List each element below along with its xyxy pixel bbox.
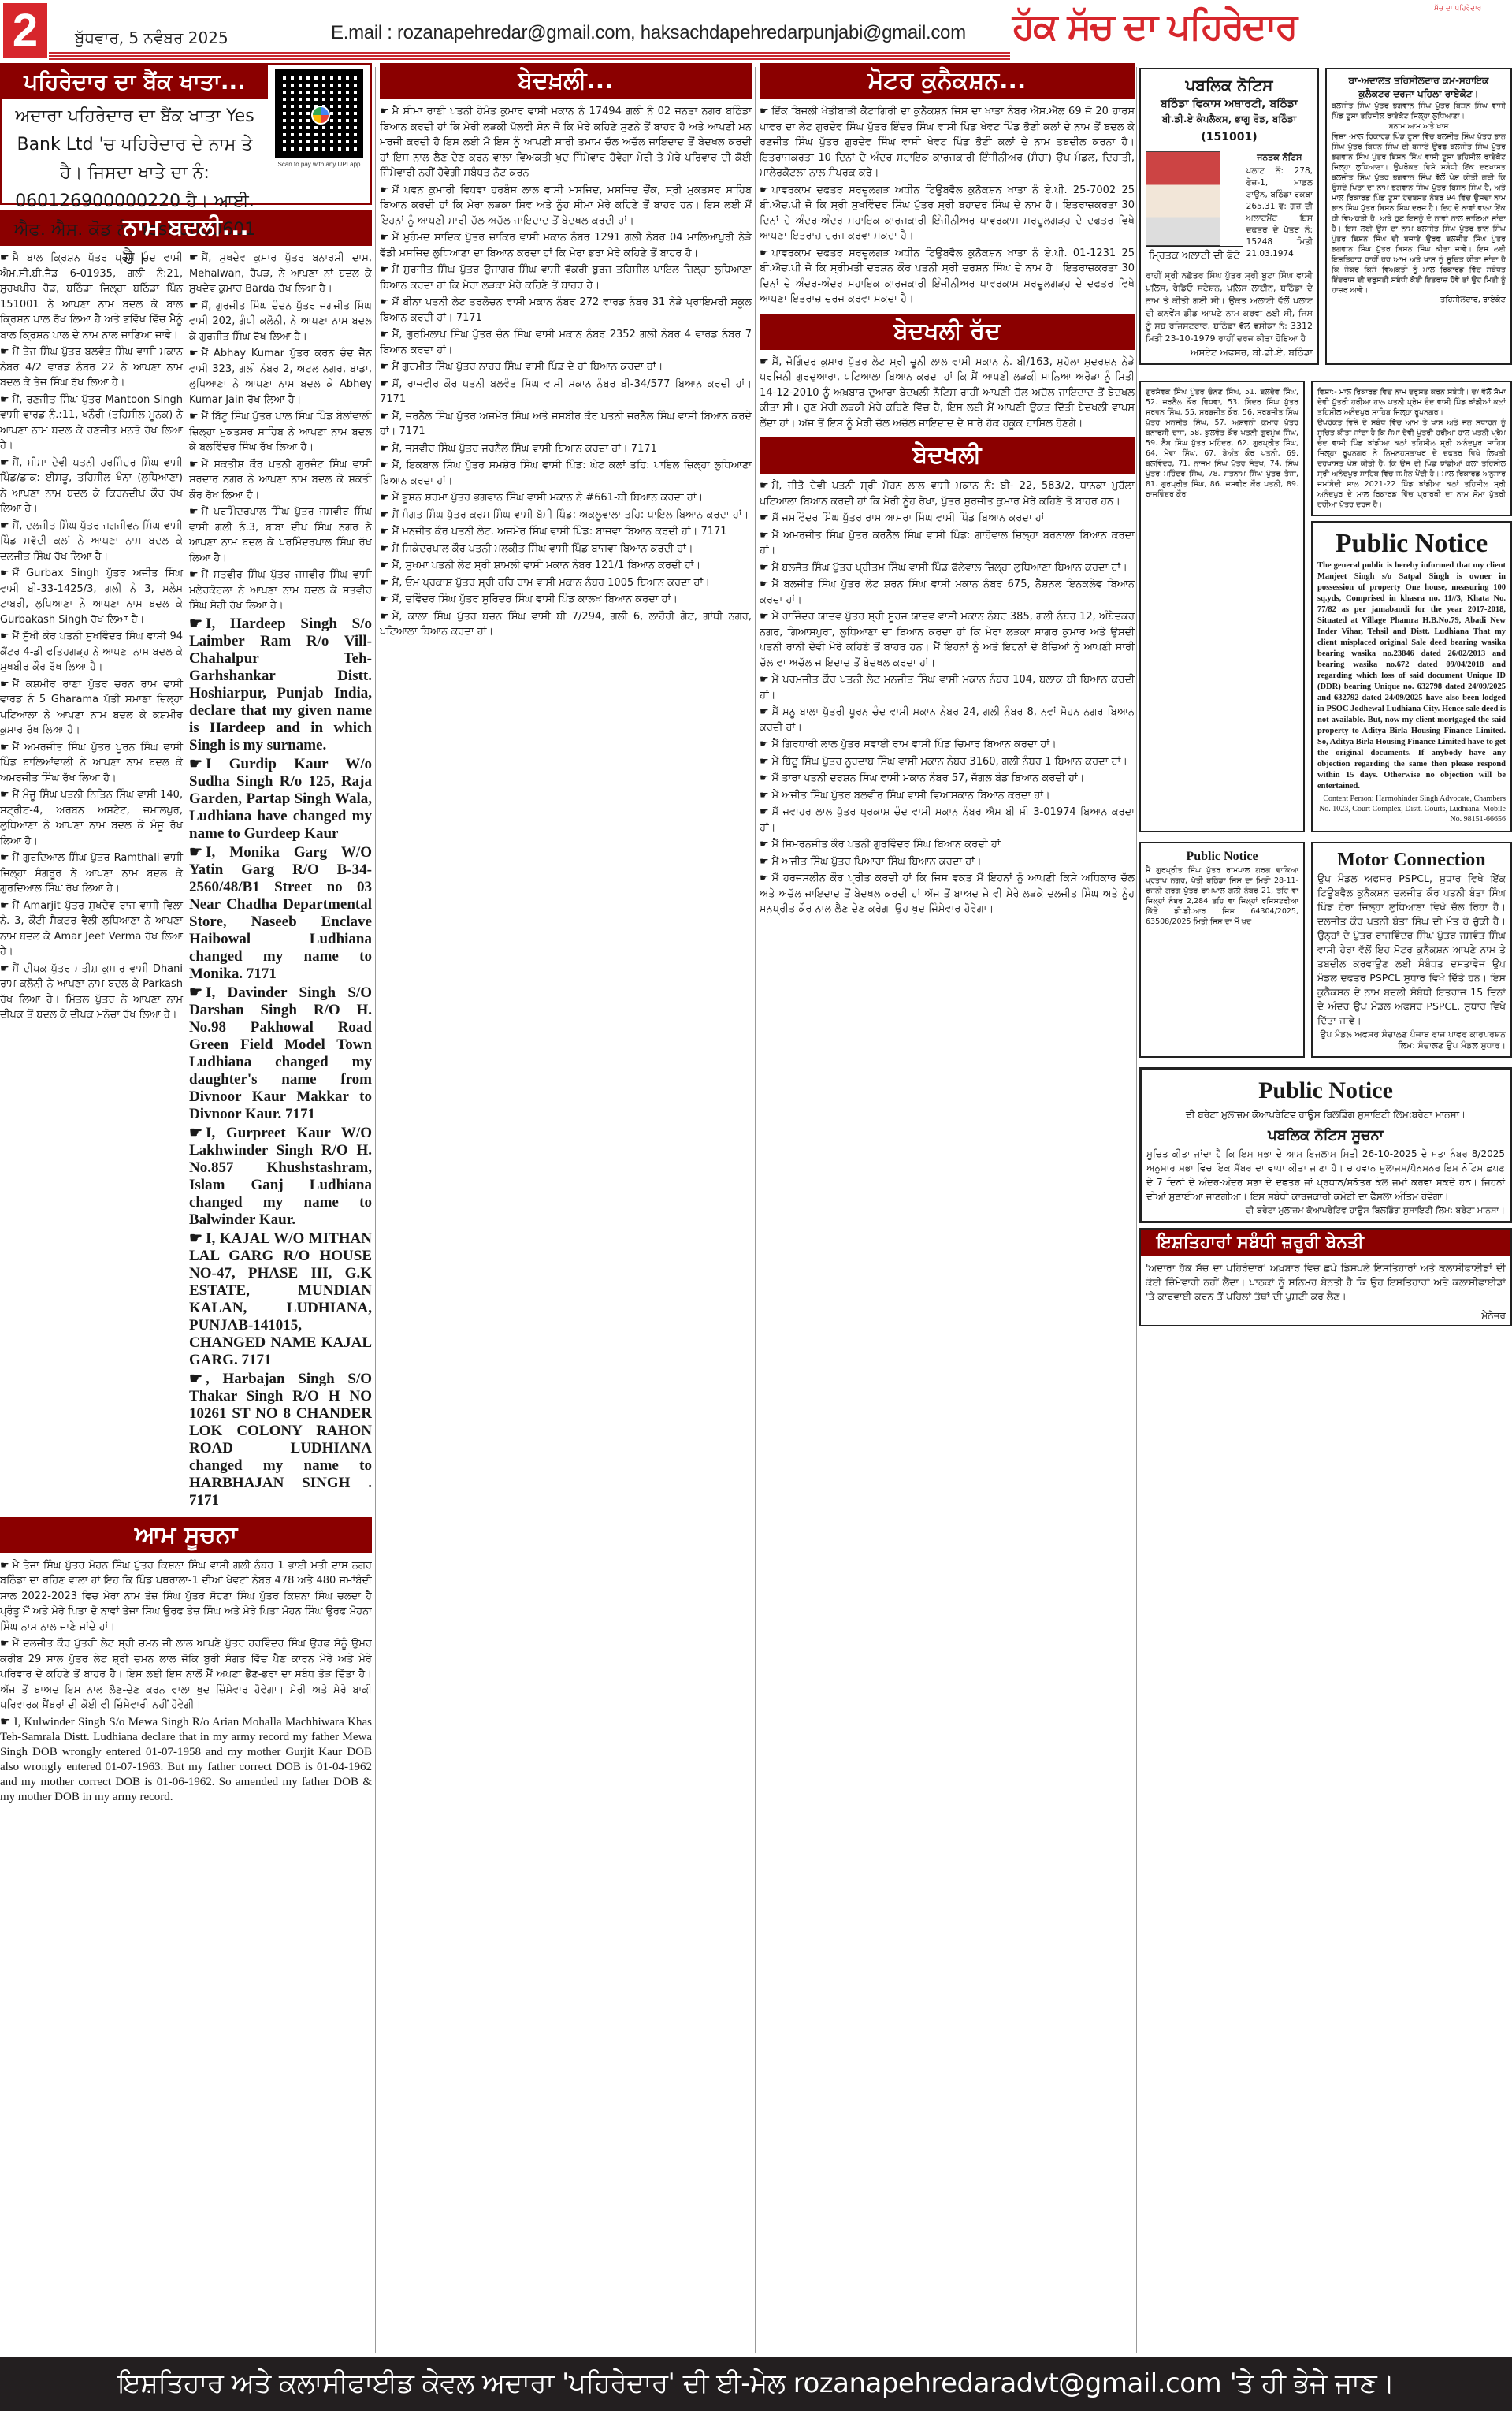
pointing-hand-icon: ☛ xyxy=(0,900,9,912)
pointing-hand-icon: ☛ xyxy=(760,356,769,368)
list-item: ☛ਮੈਂ ਗੁਰਦਿਆਲ ਸਿੰਘ ਪੁੱਤਰ Ramthali ਵਾਸੀ ਜਿ… xyxy=(0,850,183,897)
pointing-hand-icon: ☛ xyxy=(0,394,9,406)
list-item: ☛ਮੈਂ, ਓਮ ਪ੍ਰਕਾਸ਼ ਪੁੱਤਰ ਸ੍ਰੀ ਹਰਿ ਰਾਮ ਵਾਸੀ… xyxy=(380,575,752,591)
list-item: ☛ਮੈਂ, ਗੁਰਜੀਤ ਸਿੰਘ ਚੰਦਨ ਪੁੱਤਰ ਜਗਜੀਤ ਸਿੰਘ … xyxy=(189,299,372,345)
name-change-right: ☛ਮੈਂ, ਸੁਖਦੇਵ ਕੁਮਾਰ ਪੁੱਤਰ ਬਨਾਰਸੀ ਦਾਸ, Meh… xyxy=(189,251,372,1511)
pointing-hand-icon: ☛ xyxy=(760,756,769,768)
revenue-body: ਉਪਰੋਕਤ ਵਿਸ਼ੇ ਦੇ ਸਬੰਧ ਵਿੱਚ ਆਮ ਤੇ ਖਾਸ ਅਤੇ … xyxy=(1317,418,1506,510)
list-item: ☛ਮੈਂ ਭੂਸ਼ਨ ਸ਼ਰਮਾ ਪੁੱਤਰ ਭਗਵਾਨ ਸਿੰਘ ਵਾਸੀ ਮ… xyxy=(380,490,752,506)
list-item: ☛ਮੈਂ, ਰਾਜਵੀਰ ਕੌਰ ਪਤਨੀ ਬਲਵੰਤ ਸਿੰਘ ਵਾਸੀ ਮਕ… xyxy=(380,377,752,407)
revenue-subject: ਵਿਸ਼ਾ:- ਮਾਲ ਰਿਕਾਰਡ ਵਿਚ ਨਾਮ ਦਰੁਸਤ ਕਰਨ ਸਬੰ… xyxy=(1317,387,1506,418)
list-item: ☛ਮੈਂ ਬਿੱਟੂ ਸਿੰਘ ਪੁੱਤਰ ਨੂਰਦਾਬ ਸਿੰਘ ਵਾਸੀ ਮ… xyxy=(760,754,1135,770)
pointing-hand-icon: ☛ xyxy=(189,459,199,471)
pointing-hand-icon: ☛ xyxy=(760,480,769,492)
pointing-hand-icon: ☛ xyxy=(189,506,199,518)
pointing-hand-icon: ☛ xyxy=(189,252,199,264)
list-item: ☛ਮੈਂ ਅਮਰਜੀਤ ਸਿੰਘ ਪੁੱਤਰ ਕਰਨੈਲ ਸਿੰਘ ਵਾਸੀ ਪ… xyxy=(760,528,1135,559)
list-item: ☛I, Kulwinder Singh S/o Mewa Singh R/o A… xyxy=(0,1715,372,1805)
pointing-hand-icon: ☛ xyxy=(0,1560,9,1572)
pointing-hand-icon: ☛ xyxy=(380,543,389,555)
ad-disclaimer: ਇਸ਼ਤਿਹਾਰਾਂ ਸਬੰਧੀ ਜ਼ਰੂਰੀ ਬੇਨਤੀ 'ਅਦਾਰਾ ਹੱਕ… xyxy=(1139,1228,1512,1326)
pointing-hand-icon: ☛ xyxy=(0,679,9,690)
column-4: ਪਬਲਿਕ ਨੋਟਿਸ ਬਠਿੰਡਾ ਵਿਕਾਸ ਅਥਾਰਟੀ, ਬਠਿੰਡਾ … xyxy=(1139,63,1512,2317)
list-item: ☛ਮੈਂ ਸਿਮਰਨਜੀਤ ਕੌਰ ਪਤਨੀ ਗੁਰਵਿੰਦਰ ਸਿੰਘ ਬਿਆ… xyxy=(760,837,1135,853)
pointing-hand-icon: ☛ xyxy=(189,1371,202,1387)
society-body: ਸੂਚਿਤ ਕੀਤਾ ਜਾਂਦਾ ਹੈ ਕਿ ਇਸ ਸਭਾ ਦੇ ਆਮ ਇਜਲਾ… xyxy=(1146,1147,1505,1204)
pointing-hand-icon: ☛ xyxy=(0,742,9,753)
disinheritance-list: ☛ਮੈ ਸੀਮਾ ਰਾਣੀ ਪਤਨੀ ਹੇਮੰਤ ਕੁਮਾਰ ਵਾਸੀ ਮਕਾਨ… xyxy=(380,104,752,640)
newspaper-logo: ਹੱਕ ਸੱਚ ਦਾ ਪਹਿਰੇਦਾਰ xyxy=(1012,5,1296,49)
public-notice-english: Public Notice The general public is here… xyxy=(1311,521,1512,832)
public-notice-signature: Content Person: Harmohinder Singh Advoca… xyxy=(1317,794,1506,824)
pointing-hand-icon: ☛ xyxy=(760,106,769,117)
list-item: ☛ਮੈਂ ਮਨੂ ਬਾਲਾ ਪੁੱਤਰੀ ਪੂਰਨ ਚੰਦ ਵਾਸੀ ਮਕਾਨ … xyxy=(760,705,1135,735)
photo-label-left: ਮ੍ਰਿਤਕ ਅਲਾਟੀ ਦੀ ਫੋਟੋ xyxy=(1146,246,1243,266)
pointing-hand-icon: ☛ xyxy=(760,772,769,784)
pointing-hand-icon: ☛ xyxy=(0,1638,9,1650)
pointing-hand-icon: ☛ xyxy=(189,300,199,312)
list-item: ☛ਮੈਂ ਕਸ਼ਮੀਰ ਰਾਣਾ ਪੁੱਤਰ ਚਰਨ ਰਾਮ ਵਾਸੀ ਵਾਰਡ… xyxy=(0,677,183,739)
pointing-hand-icon: ☛ xyxy=(189,984,202,1001)
list-item: ☛ਮੈਂ, ਕਾਲਾ ਸਿੰਘ ਪੁੱਤਰ ਬਚਨ ਸਿੰਘ ਵਾਸੀ ਬੀ 7… xyxy=(380,609,752,640)
pointing-hand-icon: ☛ xyxy=(380,593,389,605)
list-item: ☛ਮੈਂ ਸਿਕੰਦਰਪਾਲ ਕੌਰ ਪਤਨੀ ਮਲਕੀਤ ਸਿੰਘ ਵਾਸੀ … xyxy=(380,541,752,557)
list-item: ☛ਮੈਂ, ਦਵਿੰਦਰ ਸਿੰਘ ਪੁੱਤਰ ਸੁਰਿੰਦਰ ਸਿੰਘ ਵਾਸ… xyxy=(380,592,752,608)
pointing-hand-icon: ☛ xyxy=(760,739,769,750)
list-item: ☛ਮੈਂ ਬਿੱਟੂ ਸਿੰਘ ਪੁੱਤਰ ਪਾਲ ਸਿੰਘ ਪਿੰਡ ਬੇਲਾ… xyxy=(189,409,372,456)
list-item: ☛ਮੈਂ ਤਾਰਾ ਪਤਨੀ ਦਰਸ਼ਨ ਸਿੰਘ ਵਾਸੀ ਮਕਾਨ ਨੰਬਰ… xyxy=(760,771,1135,787)
list-item: ☛ਮੈਂ, ਇਕਬਾਲ ਸਿੰਘ ਪੁੱਤਰ ਸਮਸ਼ੇਰ ਸਿੰਘ ਵਾਸੀ … xyxy=(380,458,752,489)
upi-qr[interactable]: Scan to pay with any UPI app xyxy=(268,65,370,203)
ad-disclaimer-signature: ਮੈਨੇਜਰ xyxy=(1141,1310,1510,1325)
list-item: ☛ਮੈਂ ਬਲਜੀਤ ਸਿੰਘ ਪੁੱਤਰ ਲੇਟ ਸ਼ਰਨ ਸਿੰਘ ਵਾਸੀ… xyxy=(760,577,1135,608)
court-body: ਵਿਸ਼ਾ -ਮਾਲ ਰਿਕਾਰਡ ਪਿੰਡ ਟੂਸਾ ਵਿੱਚ ਬਲਜੀਤ ਸ… xyxy=(1332,132,1506,296)
pointing-hand-icon: ☛ xyxy=(0,520,9,532)
pointing-hand-icon: ☛ xyxy=(0,631,9,642)
section-header-disinheritance-2: ਬੇਦਖਲੀ xyxy=(760,437,1135,474)
society-subtitle: ਪਬਲਿਕ ਨੋਟਿਸ ਸੂਚਨਾ xyxy=(1146,1125,1505,1147)
list-item: ☛ਮੈਂ ਸੁਰਜੀਤ ਸਿੰਘ ਪੁੱਤਰ ਉਜਾਗਰ ਸਿੰਘ ਵਾਸੀ ਵ… xyxy=(380,262,752,293)
pointing-hand-icon: ☛ xyxy=(189,569,199,581)
bank-details: ਅਦਾਰਾ ਪਹਿਰੇਦਾਰ ਦਾ ਬੈਂਕ ਖਾਤਾ Yes Bank Ltd… xyxy=(2,99,268,276)
list-item: ☛ਮੈ ਸੀਮਾ ਰਾਣੀ ਪਤਨੀ ਹੇਮੰਤ ਕੁਮਾਰ ਵਾਸੀ ਮਕਾਨ… xyxy=(380,104,752,181)
masthead: 2 ਬੁੱਧਵਾਰ, 5 ਨਵੰਬਰ 2025 E.mail : rozanap… xyxy=(0,0,1512,63)
page-number: 2 xyxy=(3,3,47,58)
list-item: ☛I, Davinder Singh S/O Darshan Singh R/O… xyxy=(189,984,372,1123)
pointing-hand-icon: ☛ xyxy=(760,839,769,850)
pointing-hand-icon: ☛ xyxy=(760,790,769,802)
list-item: ☛ਇੱਕ ਬਿਜਲੀ ਖੇਤੀਬਾੜੀ ਕੈਟਾਗਿਰੀ ਦਾ ਕੁਨੈਕਸ਼ਨ… xyxy=(760,104,1135,181)
list-item: ☛ਮੈਂ ਮੰਗਤ ਸਿੰਘ ਪੁੱਤਰ ਕਰਮ ਸਿੰਘ ਵਾਸੀ ਬੱਸੀ … xyxy=(380,508,752,523)
pointing-hand-icon: ☛ xyxy=(380,232,389,244)
pointing-hand-icon: ☛ xyxy=(0,252,9,264)
list-item: ☛ਮੈਂ ਅਮਰਜੀਤ ਸਿੰਘ ਪੁੱਤਰ ਪੂਰਨ ਸਿੰਘ ਵਾਸੀ ਪਿ… xyxy=(0,740,183,787)
section-header-disinheritance: ਬੇਦਖ਼ਲੀ... xyxy=(380,63,752,99)
list-item: ☛ਮੈਂ, ਜਸਵੀਰ ਸਿੰਘ ਪੁੱਤਰ ਜਰਨੈਲ ਸਿੰਘ ਵਾਸੀ ਬ… xyxy=(380,441,752,457)
court-signature: ਤਹਿਸੀਲਦਾਰ, ਰਾਏਕੋਟ xyxy=(1332,296,1506,304)
column-1: ਪਹਿਰੇਦਾਰ ਦਾ ਬੈਂਕ ਖਾਤਾ... ਅਦਾਰਾ ਪਹਿਰੇਦਾਰ … xyxy=(0,63,372,2317)
court-versus: ਬਨਾਮ ਆਮ ਅਤੇ ਖਾਸ xyxy=(1332,121,1506,132)
qr-caption: Scan to pay with any UPI app xyxy=(278,161,361,168)
motor-notice-title: Motor Connection xyxy=(1317,848,1506,872)
pointing-hand-icon: ☛ xyxy=(380,577,389,589)
masthead-stripe xyxy=(49,52,1010,60)
list-item: ☛ਮੈਂ ਮੰਜੂ ਸਿੰਘ ਪਤਨੀ ਨਿਤਿਨ ਸਿੰਘ ਵਾਸੀ 140,… xyxy=(0,787,183,849)
qr-code-icon xyxy=(275,69,363,158)
pointing-hand-icon: ☛ xyxy=(380,264,389,276)
pointing-hand-icon: ☛ xyxy=(189,1230,202,1247)
society-signature: ਦੀ ਬਰੇਟਾ ਮੁਲਾਜ਼ਮ ਕੋਆਪਰੇਟਿਵ ਹਾਊਸ ਬਿਲਡਿੰਗ … xyxy=(1146,1205,1505,1216)
list-item: ☛ਮੈਂ ਦੀਪਕ ਪੁੱਤਰ ਸਤੀਸ਼ ਕੁਮਾਰ ਵਾਸੀ Dhani ਰ… xyxy=(0,962,183,1023)
bda-pin: (151001) xyxy=(1146,126,1313,148)
list-item: ☛ਮੈਂ ਸ਼ਕਤੀਸ਼ ਕੌਰ ਪਤਨੀ ਗੁਰਜੰਟ ਸਿੰਘ ਵਾਸੀ ਸ… xyxy=(189,457,372,504)
public-notice-body: The general public is hereby informed th… xyxy=(1317,560,1506,792)
bda-public-notice: ਪਬਲਿਕ ਨੋਟਿਸ ਬਠਿੰਡਾ ਵਿਕਾਸ ਅਥਾਰਟੀ, ਬਠਿੰਡਾ … xyxy=(1139,68,1319,365)
pointing-hand-icon: ☛ xyxy=(760,247,769,259)
pointing-hand-icon: ☛ xyxy=(380,329,389,340)
pointing-hand-icon: ☛ xyxy=(760,611,769,623)
list-item: ☛I, Gurpreet Kaur W/O Lakhwinder Singh R… xyxy=(189,1125,372,1229)
motor-connection-notice: Motor Connection ਉਪ ਮੰਡਲ ਅਫਸਰ PSPCL, ਸੁਧ… xyxy=(1311,842,1512,1058)
pointing-hand-icon: ☛ xyxy=(380,611,389,623)
pointing-hand-icon: ☛ xyxy=(380,560,389,571)
pointing-hand-icon: ☛ xyxy=(380,184,389,196)
pointing-hand-icon: ☛ xyxy=(189,844,202,861)
list-item: ☛ਮੈਂ ਸੁੱਖੀ ਕੌਰ ਪਤਨੀ ਸੁਖਵਿੰਦਰ ਸਿੰਘ ਵਾਸੀ 9… xyxy=(0,629,183,675)
list-item: ☛ਮੈਂ ਸਤਵੀਰ ਸਿੰਘ ਪੁੱਤਰ ਜਸਵੀਰ ਸਿੰਘ ਵਾਸੀ ਮਲ… xyxy=(189,567,372,614)
pointing-hand-icon: ☛ xyxy=(189,1125,202,1141)
pointing-hand-icon: ☛ xyxy=(380,492,389,504)
pointing-hand-icon: ☛ xyxy=(760,674,769,686)
pointing-hand-icon: ☛ xyxy=(189,756,202,772)
section-header-disinheritance-cancelled: ਬੇਦਖਲੀ ਰੱਦ xyxy=(760,314,1135,350)
list-notice-body: ਗੁਰਸੇਵਕ ਸਿੰਘ ਪੁੱਤਰ ਚੰਨਣ ਸਿੰਘ, 51. ਬਲਦੇਵ … xyxy=(1146,387,1298,500)
bank-account-box: ਪਹਿਰੇਦਾਰ ਦਾ ਬੈਂਕ ਖਾਤਾ... ਅਦਾਰਾ ਪਹਿਰੇਦਾਰ … xyxy=(0,63,372,205)
pointing-hand-icon: ☛ xyxy=(380,509,389,521)
list-item: ☛I Gurdip Kaur W/o Sudha Singh R/o 125, … xyxy=(189,756,372,843)
deceased-allottee-photo xyxy=(1146,151,1220,246)
revenue-record-notice: ਵਿਸ਼ਾ:- ਮਾਲ ਰਿਕਾਰਡ ਵਿਚ ਨਾਮ ਦਰੁਸਤ ਕਰਨ ਸਬੰ… xyxy=(1311,381,1512,516)
pointing-hand-icon: ☛ xyxy=(760,579,769,590)
general-notice-list: ☛ਮੈ ਤੇਜਾ ਸਿੰਘ ਪੁੱਤਰ ਮੋਹਨ ਸਿੰਘ ਪੁੱਤਰ ਕਿਸ਼… xyxy=(0,1558,372,1713)
list-item: ☛ਮੈਂ ਅਜੀਤ ਸਿੰਘ ਪੁੱਤਰ ਪਿਆਰਾ ਸਿੰਘ ਬਿਆਨ ਕਰਦ… xyxy=(760,854,1135,870)
contact-email[interactable]: E.mail : rozanapehredar@gmail.com, haksa… xyxy=(331,22,966,44)
small-notice-body: ਮੈਂ ਗੁਰਪ੍ਰੀਤ ਸਿੰਘ ਪੁੱਤਰ ਰਾਮਪਾਲ ਗਰਗ ਵਾਕਿਆ… xyxy=(1146,865,1298,927)
pointing-hand-icon: ☛ xyxy=(380,460,389,471)
pointing-hand-icon: ☛ xyxy=(0,789,9,801)
list-item: ☛, Harbajan Singh S/O Thakar Singh R/O H… xyxy=(189,1371,372,1509)
list-item: ☛ਮੈਂ ਰਾਜਿੰਦਰ ਯਾਦਵ ਪੁੱਤਰ ਸ਼੍ਰੀ ਸੂਰਜ ਯਾਦਵ … xyxy=(760,609,1135,671)
column-divider xyxy=(755,67,756,2353)
list-item: ☛ਮੈਂ, ਰਣਜੀਤ ਸਿੰਘ ਪੁੱਤਰ Mantoon Singh ਵਾਸ… xyxy=(0,393,183,454)
list-item: ☛ਮੈ ਤੇਜਾ ਸਿੰਘ ਪੁੱਤਰ ਮੋਹਨ ਸਿੰਘ ਪੁੱਤਰ ਕਿਸ਼… xyxy=(0,1558,372,1635)
list-item: ☛ਮੈਂ ਪਰਮਿੰਦਰਪਾਲ ਸਿੰਘ ਪੁੱਤਰ ਜਸਵੀਰ ਸਿੰਘ ਵਾ… xyxy=(189,504,372,566)
court-party: ਬਲਜੀਤ ਸਿੰਘ ਪੁੱਤਰ ਭਗਵਾਨ ਸਿੰਘ ਪੁੱਤਰ ਬਿਸ਼ਨ … xyxy=(1332,101,1506,121)
pointing-hand-icon: ☛ xyxy=(760,530,769,541)
ad-disclaimer-body: 'ਅਦਾਰਾ ਹੱਕ ਸੱਚ ਦਾ ਪਹਿਰੇਦਾਰ' ਅਖ਼ਬਾਰ ਵਿਚ ਛ… xyxy=(1141,1256,1510,1308)
footer-ad-email-banner: ਇਸ਼ਤਿਹਾਰ ਅਤੇ ਕਲਾਸੀਫਾਈਡ ਕੇਵਲ ਅਦਾਰਾ 'ਪਹਿਰੇ… xyxy=(0,2357,1512,2411)
pointing-hand-icon: ☛ xyxy=(380,443,389,455)
list-item: ☛ਮੈਂ, ਜਰਨੈਲ ਸਿੰਘ ਪੁੱਤਰ ਅਜਮੇਰ ਸਿੰਘ ਅਤੇ ਜਸ… xyxy=(380,409,752,440)
logo-tagline: ਸੱਚ ਦਾ ਪਹਿਰੇਦਾਰ xyxy=(1434,5,1481,13)
pointing-hand-icon: ☛ xyxy=(760,562,769,574)
pointing-hand-icon: ☛ xyxy=(760,806,769,818)
list-item: ☛I, KAJAL W/O MITHAN LAL GARG R/O HOUSE … xyxy=(189,1230,372,1369)
pointing-hand-icon: ☛ xyxy=(380,296,389,308)
column-divider xyxy=(1136,67,1137,2353)
list-item: ☛ਮੈਂ ਜਸਵਿੰਦਰ ਸਿੰਘ ਪੁੱਤਰ ਰਾਮ ਆਸਰਾ ਸਿੰਘ ਵਾ… xyxy=(760,511,1135,526)
bank-title: ਪਹਿਰੇਦਾਰ ਦਾ ਬੈਂਕ ਖਾਤਾ... xyxy=(2,65,268,99)
list-item: ☛ਮੈਂ ਪਵਨ ਕੁਮਾਰੀ ਵਿਧਵਾ ਹਰਬੰਸ ਲਾਲ ਵਾਸੀ ਮਸਜ… xyxy=(380,183,752,229)
pointing-hand-icon: ☛ xyxy=(760,872,769,884)
bda-plot-details: ਪਲਾਟ ਨੰ: 278, ਫੇਜ਼-1, ਮਾਡਲ ਟਾਊਨ, ਬਠਿੰਡਾ … xyxy=(1246,166,1313,260)
pointing-hand-icon: ☛ xyxy=(0,852,9,864)
bda-org: ਬਠਿੰਡਾ ਵਿਕਾਸ ਅਥਾਰਟੀ, ਬਠਿੰਡਾ xyxy=(1146,96,1313,112)
list-item: ☛I, Monika Garg W/O Yatin Garg R/O B-34-… xyxy=(189,844,372,983)
public-notice-title: Public Notice xyxy=(1317,527,1506,560)
list-item: ☛ਮੈਂ ਜਵਾਹਰ ਲਾਲ ਪੁੱਤਰ ਪ੍ਰਕਾਸ਼ ਚੰਦ ਵਾਸੀ ਮਕ… xyxy=(760,805,1135,835)
pointing-hand-icon: ☛ xyxy=(760,512,769,524)
society-notice-title: Public Notice xyxy=(1146,1074,1505,1107)
pointing-hand-icon: ☛ xyxy=(0,963,9,975)
list-item: ☛ਮੈਂ ਮੁਹੰਮਦ ਸਾਦਿਕ ਪੁੱਤਰ ਜ਼ਾਕਿਰ ਵਾਸੀ ਮਕਾਨ… xyxy=(380,230,752,261)
name-change-left: ☛ਮੈ ਬਾਲ ਕ੍ਰਿਸ਼ਨ ਪੱਤਰ ਪ੍ਰੇਮ ਚੰਦ ਵਾਸੀ ਐਮ.ਸ… xyxy=(0,251,183,1511)
motor-notice-body: ਉਪ ਮੰਡਲ ਅਫਸਰ PSPCL, ਸੁਧਾਰ ਵਿਖੇ ਇੱਕ ਟਿਊਬਵ… xyxy=(1317,872,1506,1028)
column-3: ਮੋਟਰ ਕੁਨੈਕਸ਼ਨ... ☛ਇੱਕ ਬਿਜਲੀ ਖੇਤੀਬਾੜੀ ਕੈਟ… xyxy=(760,63,1135,2317)
disinheritance-2-list: ☛ਮੈਂ, ਜੀਤੋ ਦੇਵੀ ਪਤਨੀ ਸ੍ਰੀ ਮੋਹਨ ਲਾਲ ਵਾਸੀ … xyxy=(760,478,1135,917)
issue-date: ਬੁੱਧਵਾਰ, 5 ਨਵੰਬਰ 2025 xyxy=(75,28,228,47)
list-item: ☛ਪਾਵਰਕਾਮ ਦਫਤਰ ਸਰਦੂਲਗੜ ਅਧੀਨ ਟਿਊਬਵੈਲ ਕੁਨੈਕ… xyxy=(760,183,1135,244)
column-2: ਬੇਦਖ਼ਲੀ... ☛ਮੈ ਸੀਮਾ ਰਾਣੀ ਪਤਨੀ ਹੇਮੰਤ ਕੁਮਾ… xyxy=(380,63,752,2317)
section-header-motor-connection: ਮੋਟਰ ਕੁਨੈਕਸ਼ਨ... xyxy=(760,63,1135,99)
column-divider xyxy=(375,67,376,2353)
pointing-hand-icon: ☛ xyxy=(380,411,389,422)
list-item: ☛ਮੈਂ Abhay Kumar ਪੁੱਤਰ ਕਰਨ ਚੰਦ ਜੈਨ ਵਾਸੀ … xyxy=(189,346,372,407)
bda-body: ਰਾਹੀਂ ਸ੍ਰੀ ਨਛੱਤਰ ਸਿੰਘ ਪੁੱਤਰ ਸ੍ਰੀ ਬੂਟਾ ਸਿ… xyxy=(1146,270,1313,345)
pointing-hand-icon: ☛ xyxy=(189,616,202,632)
list-item: ☛ਮੈਂ, ਜੀਤੋ ਦੇਵੀ ਪਤਨੀ ਸ੍ਰੀ ਮੋਹਨ ਲਾਲ ਵਾਸੀ … xyxy=(760,478,1135,509)
list-item: ☛ਪਾਵਰਕਾਮ ਦਫਤਰ ਸਰਦੂਲਗੜ ਅਧੀਨ ਟਿਊਬਵੈਲ ਕੁਨੈਕ… xyxy=(760,246,1135,307)
list-item: ☛ਮੈਂ ਬੀਨਾ ਪਤਨੀ ਲੇਟ ਤਰਲੋਚਨ ਵਾਸੀ ਮਕਾਨ ਨੰਬਰ… xyxy=(380,295,752,326)
pointing-hand-icon: ☛ xyxy=(760,856,769,868)
name-list-notice: ਗੁਰਸੇਵਕ ਸਿੰਘ ਪੁੱਤਰ ਚੰਨਣ ਸਿੰਘ, 51. ਬਲਦੇਵ … xyxy=(1139,381,1305,832)
list-item: ☛ਮੈਂ, ਜੋਗਿੰਦਰ ਕੁਮਾਰ ਪੁੱਤਰ ਲੇਟ ਸ੍ਰੀ ਚੂਨੀ … xyxy=(760,355,1135,432)
list-item: ☛ਮੈਂ ਤੇਜ ਸਿੰਘ ਪੁੱਤਰ ਬਲਵੰਤ ਸਿੰਘ ਵਾਸੀ ਮਕਾਨ… xyxy=(0,344,183,391)
list-item: ☛ਮੈਂ, ਗੁਰਮਿਲਾਪ ਸਿੰਘ ਪੁੱਤਰ ਚੰਨ ਸਿੰਘ ਵਾਸੀ … xyxy=(380,327,752,358)
pointing-hand-icon: ☛ xyxy=(380,526,389,538)
pointing-hand-icon: ☛ xyxy=(760,706,769,718)
bda-address: ਬੀ.ਡੀ.ਏ ਕੰਪਲੈਕਸ, ਭਾਗੂ ਰੋਡ, ਬਠਿੰਡਾ xyxy=(1146,112,1313,126)
list-item: ☛ਮੈਂ, ਸੀਮਾ ਦੇਵੀ ਪਤਨੀ ਹਰਜਿੰਦਰ ਸਿੰਘ ਵਾਸੀ ਪ… xyxy=(0,456,183,517)
pointing-hand-icon: ☛ xyxy=(189,348,199,359)
motor-connection-list: ☛ਇੱਕ ਬਿਜਲੀ ਖੇਤੀਬਾੜੀ ਕੈਟਾਗਿਰੀ ਦਾ ਕੁਨੈਕਸ਼ਨ… xyxy=(760,104,1135,307)
pointing-hand-icon: ☛ xyxy=(0,1716,10,1728)
small-public-notice: Public Notice ਮੈਂ ਗੁਰਪ੍ਰੀਤ ਸਿੰਘ ਪੁੱਤਰ ਰਾ… xyxy=(1139,842,1305,1058)
bda-notice-title: ਪਬਲਿਕ ਨੋਟਿਸ xyxy=(1146,74,1313,96)
pointing-hand-icon: ☛ xyxy=(0,457,9,469)
list-item: ☛ਮੈਂ, ਸੁਖਮਾ ਪਤਨੀ ਲੇਟ ਸ੍ਰੀ ਸ਼ਾਮਲੀ ਵਾਸੀ ਮਕ… xyxy=(380,558,752,574)
list-item: ☛ਮੈਂ Gurbax Singh ਪੁੱਤਰ ਅਜੀਤ ਸਿੰਘ ਵਾਸੀ ਬ… xyxy=(0,566,183,627)
disinheritance-cancelled-list: ☛ਮੈਂ, ਜੋਗਿੰਦਰ ਕੁਮਾਰ ਪੁੱਤਰ ਲੇਟ ਸ੍ਰੀ ਚੂਨੀ … xyxy=(760,355,1135,432)
list-item: ☛ਮੈਂ ਪਰਮਜੀਤ ਕੌਰ ਪਤਨੀ ਲੇਟ ਮਨਜੀਤ ਸਿੰਘ ਵਾਸੀ… xyxy=(760,672,1135,703)
list-item: ☛ਮੈਂ ਗੁਰਮੀਤ ਸਿੰਘ ਪੁੱਤਰ ਨਾਹਰ ਸਿੰਘ ਵਾਸੀ ਪਿ… xyxy=(380,359,752,375)
list-item: ☛ਮੈਂ ਦਲਜੀਤ ਕੌਰ ਪੁੱਤਰੀ ਲੇਟ ਸ੍ਰੀ ਚਮਨ ਜੀ ਲਾ… xyxy=(0,1636,372,1713)
bda-subtitle: ਜਨਤਕ ਨੋਟਿਸ xyxy=(1246,151,1313,164)
society-public-notice: Public Notice ਦੀ ਬਰੇਟਾ ਮੁਲਾਜ਼ਮ ਕੋਆਪਰੇਟਿਵ… xyxy=(1139,1067,1512,1223)
list-item: ☛ਮੈਂ ਗਿਰਧਾਰੀ ਲਾਲ ਪੁੱਤਰ ਸਵਾਈ ਰਾਮ ਵਾਸੀ ਪਿੰ… xyxy=(760,737,1135,753)
society-org: ਦੀ ਬਰੇਟਾ ਮੁਲਾਜ਼ਮ ਕੋਆਪਰੇਟਿਵ ਹਾਊਸ ਬਿਲਡਿੰਗ … xyxy=(1146,1107,1505,1123)
pointing-hand-icon: ☛ xyxy=(0,346,9,358)
list-item: ☛ਮੈਂ, ਸੁਖਦੇਵ ਕੁਮਾਰ ਪੁੱਤਰ ਬਨਾਰਸੀ ਦਾਸ, Meh… xyxy=(189,251,372,297)
list-item: ☛ਮੈਂ Amarjit ਪੁੱਤਰ ਸੁਖਦੇਵ ਰਾਜ ਵਾਸੀ ਵਿਲਾ … xyxy=(0,899,183,960)
motor-notice-signature: ਉਪ ਮੰਡਲ ਅਫਸਰ ਸੰਚਾਲਣ ਪੰਜਾਬ ਰਾਜ ਪਾਵਰ ਕਾਰਪਰ… xyxy=(1317,1029,1506,1051)
raikot-court-notice: ਬਾ-ਅਦਾਲਤ ਤਹਿਸੀਲਦਾਰ ਕਮ-ਸਹਾਇਕ ਕੁਲੈਕਟਰ ਦਰਜਾ… xyxy=(1325,68,1512,365)
section-header-general-notice: ਆਮ ਸੂਚਨਾ xyxy=(0,1517,372,1553)
pointing-hand-icon: ☛ xyxy=(0,567,9,579)
small-notice-title: Public Notice xyxy=(1146,848,1298,865)
pointing-hand-icon: ☛ xyxy=(380,361,389,373)
list-item: ☛I, Hardeep Singh S/o Laimber Ram R/o Vi… xyxy=(189,616,372,754)
list-item: ☛ਮੈਂ ਅਜੀਤ ਸਿੰਘ ਪੁੱਤਰ ਬਲਵੀਰ ਸਿੰਘ ਵਾਸੀ ਵਿਆ… xyxy=(760,788,1135,804)
list-item: ☛ਮੈ ਬਾਲ ਕ੍ਰਿਸ਼ਨ ਪੱਤਰ ਪ੍ਰੇਮ ਚੰਦ ਵਾਸੀ ਐਮ.ਸ… xyxy=(0,251,183,343)
list-item: ☛ਮੈਂ ਬਲਜੋਤ ਸਿੰਘ ਪੁੱਤਰ ਪ੍ਰੀਤਮ ਸਿੰਘ ਵਾਸੀ ਪ… xyxy=(760,560,1135,576)
list-item: ☛ਮੈਂ ਮਨਜੀਤ ਕੌਰ ਪਤਨੀ ਲੇਟ. ਅਜਮੇਰ ਸਿੰਘ ਵਾਸੀ… xyxy=(380,524,752,540)
court-title: ਬਾ-ਅਦਾਲਤ ਤਹਿਸੀਲਦਾਰ ਕਮ-ਸਹਾਇਕ ਕੁਲੈਕਟਰ ਦਰਜਾ… xyxy=(1332,74,1506,101)
pointing-hand-icon: ☛ xyxy=(380,106,389,117)
list-item: ☛ਮੈਂ, ਦਲਜੀਤ ਸਿੰਘ ਪੁੱਤਰ ਜਗਜੀਵਨ ਸਿੰਘ ਵਾਸੀ … xyxy=(0,519,183,565)
pointing-hand-icon: ☛ xyxy=(380,378,389,390)
list-item: ☛ਮੈਂ ਹਰਜਸਲੀਨ ਕੌਰ ਪ੍ਰੀਤ ਕਰਦੀ ਹਾਂ ਕਿ ਜਿਸ ਵ… xyxy=(760,871,1135,917)
ad-disclaimer-title: ਇਸ਼ਤਿਹਾਰਾਂ ਸਬੰਧੀ ਜ਼ਰੂਰੀ ਬੇਨਤੀ xyxy=(1141,1230,1510,1256)
name-change-list: ☛ਮੈ ਬਾਲ ਕ੍ਰਿਸ਼ਨ ਪੱਤਰ ਪ੍ਰੇਮ ਚੰਦ ਵਾਸੀ ਐਮ.ਸ… xyxy=(0,251,372,1511)
pointing-hand-icon: ☛ xyxy=(189,411,199,422)
pointing-hand-icon: ☛ xyxy=(760,184,769,196)
bda-signature: ਅਸਟੇਟ ਅਫਸਰ, ਬੀ.ਡੀ.ਏ, ਬਠਿੰਡਾ xyxy=(1146,347,1313,359)
